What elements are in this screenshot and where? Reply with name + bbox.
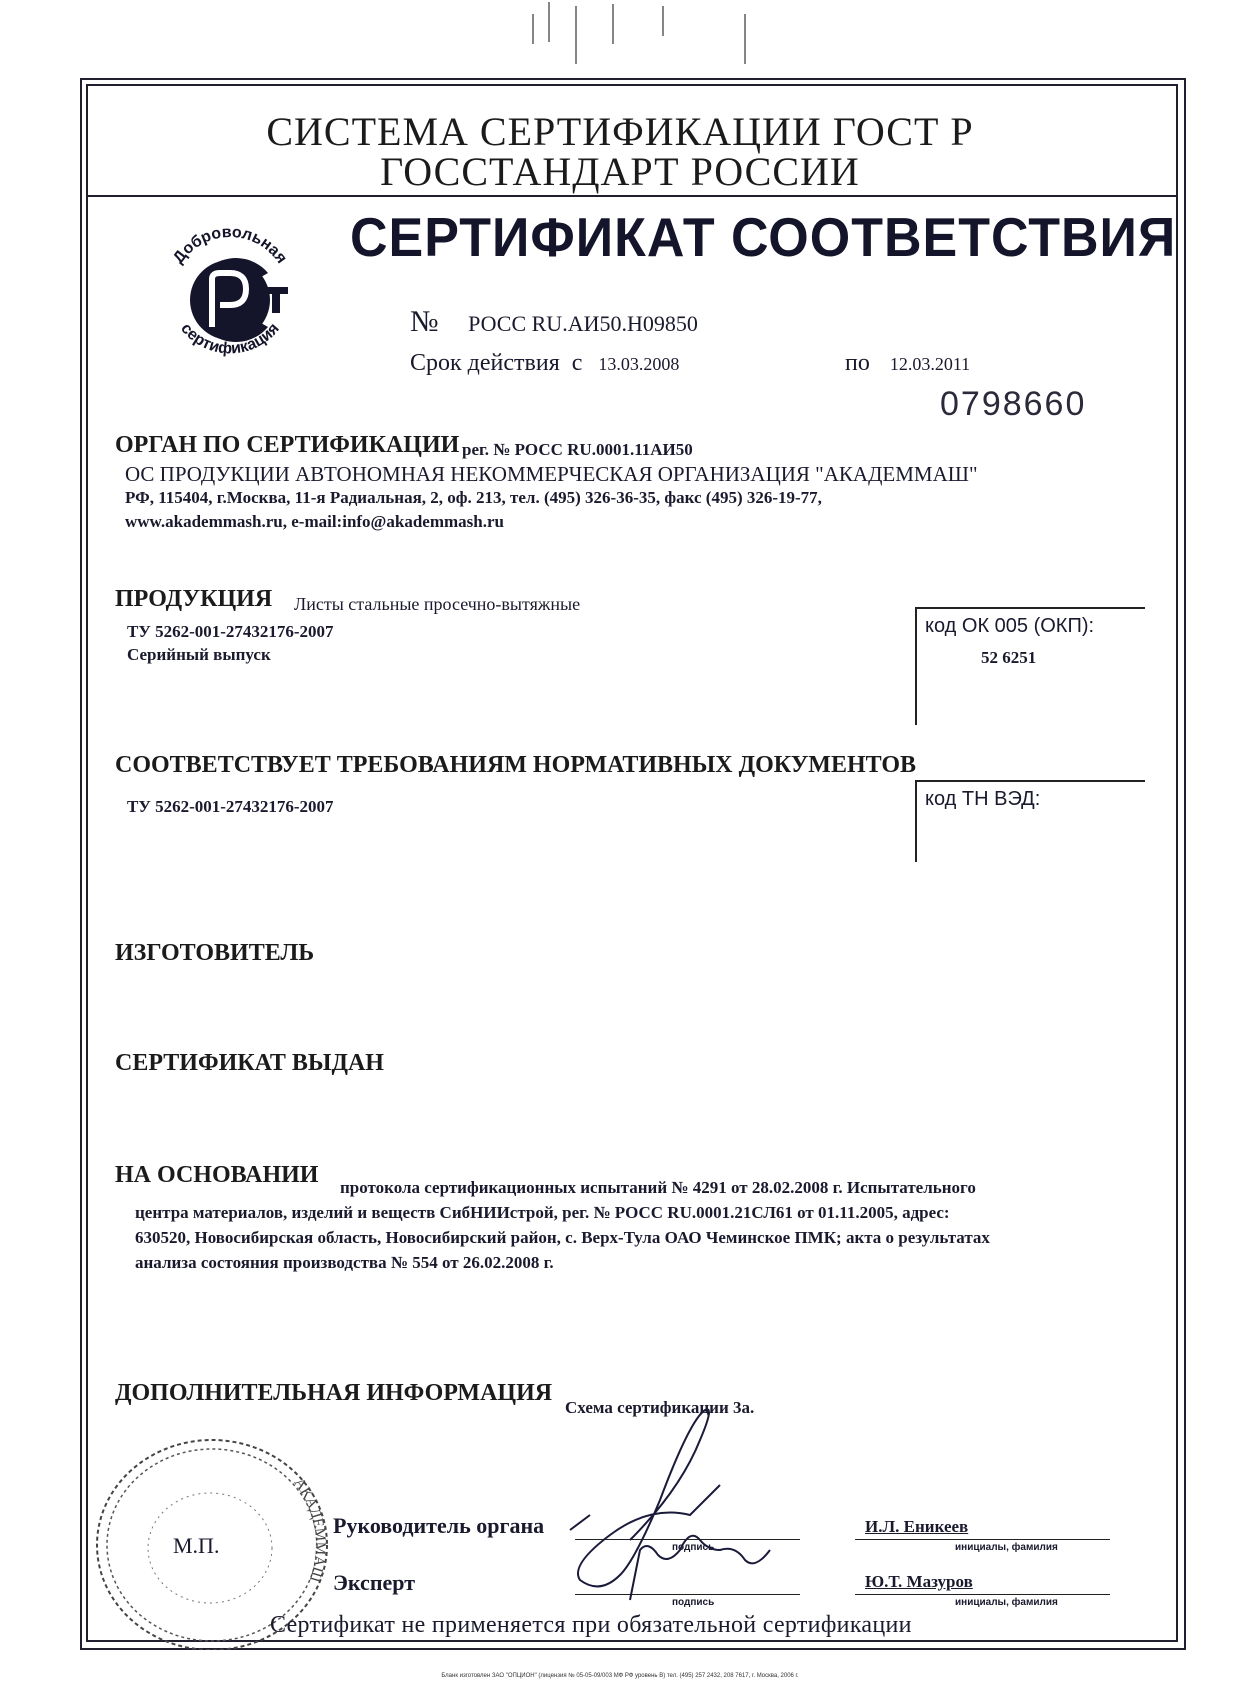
head-of-body-label: Руководитель органа — [333, 1513, 544, 1539]
tnved-code-label: код ТН ВЭД: — [917, 782, 1145, 811]
basis-line-2: центра материалов, изделий и веществ Сиб… — [135, 1203, 950, 1223]
product-release-type: Серийный выпуск — [127, 645, 271, 665]
certification-body-name: ОС ПРОДУКЦИИ АВТОНОМНАЯ НЕКОММЕРЧЕСКАЯ О… — [125, 462, 978, 487]
validity-row: Срок действия с 13.03.2008 — [410, 350, 679, 377]
number-sign: № — [410, 305, 439, 338]
tnved-code-box: код ТН ВЭД: — [915, 780, 1145, 862]
scan-mark — [744, 14, 746, 64]
certification-body-reg-number: рег. № РОСС RU.0001.11АИ50 — [462, 440, 693, 460]
head-name-caption: инициалы, фамилия — [955, 1542, 1058, 1553]
basis-line-3: 630520, Новосибирская область, Новосибир… — [135, 1228, 990, 1248]
certificate-number: РОСС RU.АИ50.Н09850 — [468, 311, 698, 336]
stamp-place-label: М.П. — [173, 1533, 219, 1559]
expert-label: Эксперт — [333, 1570, 415, 1596]
okp-code-box: код ОК 005 (ОКП): 52 6251 — [915, 607, 1145, 725]
scan-mark — [662, 6, 664, 36]
scan-mark — [612, 4, 614, 44]
okp-code-value: 52 6251 — [917, 638, 1145, 668]
scan-mark — [575, 6, 577, 64]
certification-body-address: РФ, 115404, г.Москва, 11-я Радиальная, 2… — [125, 488, 822, 508]
validity-to-row: по 12.03.2011 — [845, 350, 970, 377]
additional-info-heading: ДОПОЛНИТЕЛЬНАЯ ИНФОРМАЦИЯ — [115, 1380, 552, 1407]
head-of-body-name: И.Л. Еникеев — [865, 1517, 968, 1537]
validity-from-label: с — [572, 350, 583, 376]
scan-mark — [532, 14, 534, 44]
expert-name-line — [855, 1594, 1110, 1595]
issued-to-heading: СЕРТИФИКАТ ВЫДАН — [115, 1050, 384, 1077]
system-title-line2: ГОССТАНДАРТ РОССИИ — [0, 148, 1240, 195]
basis-line-1: протокола сертификационных испытаний № 4… — [340, 1178, 976, 1198]
conformity-heading: СООТВЕТСТВУЕТ ТРЕБОВАНИЯМ НОРМАТИВНЫХ ДО… — [115, 752, 916, 779]
certificate-title: СЕРТИФИКАТ СООТВЕТСТВИЯ — [350, 207, 1176, 270]
header-divider — [86, 195, 1178, 197]
product-spec: ТУ 5262-001-27432176-2007 — [127, 622, 334, 642]
validity-to-label: по — [845, 350, 870, 376]
certification-body-heading: ОРГАН ПО СЕРТИФИКАЦИИ — [115, 432, 459, 459]
scan-mark — [548, 2, 550, 42]
conformity-documents: ТУ 5262-001-27432176-2007 — [127, 797, 334, 817]
basis-heading: НА ОСНОВАНИИ — [115, 1162, 318, 1189]
certification-body-contacts: www.akademmash.ru, e-mail:info@akademmas… — [125, 512, 504, 532]
expert-name: Ю.Т. Мазуров — [865, 1572, 973, 1592]
head-name-line — [855, 1539, 1110, 1540]
handwritten-signature-icon — [540, 1400, 820, 1620]
valid-from-date: 13.03.2008 — [598, 354, 679, 374]
expert-name-caption: инициалы, фамилия — [955, 1597, 1058, 1608]
valid-to-date: 12.03.2011 — [890, 354, 970, 374]
voluntary-only-note: Сертификат не применяется при обязательн… — [270, 1612, 912, 1639]
rst-logo-icon: Добровольная сертификация — [150, 215, 310, 375]
blank-printer-footer: Бланк изготовлен ЗАО "ОПЦИОН" (лицензия … — [0, 1673, 1240, 1679]
validity-label: Срок действия — [410, 350, 560, 376]
manufacturer-heading: ИЗГОТОВИТЕЛЬ — [115, 940, 314, 967]
svg-text:АКАДЕММАШ: АКАДЕММАШ — [291, 1475, 328, 1584]
tnved-code-value — [917, 811, 1145, 821]
product-name: Листы стальные просечно-вытяжные — [294, 594, 580, 615]
basis-line-4: анализа состояния производства № 554 от … — [135, 1253, 554, 1273]
okp-code-label: код ОК 005 (ОКП): — [917, 609, 1145, 638]
certificate-number-row: № РОСС RU.АИ50.Н09850 — [410, 305, 698, 339]
product-heading: ПРОДУКЦИЯ — [115, 586, 272, 613]
blank-serial-number: 0798660 — [940, 385, 1086, 424]
